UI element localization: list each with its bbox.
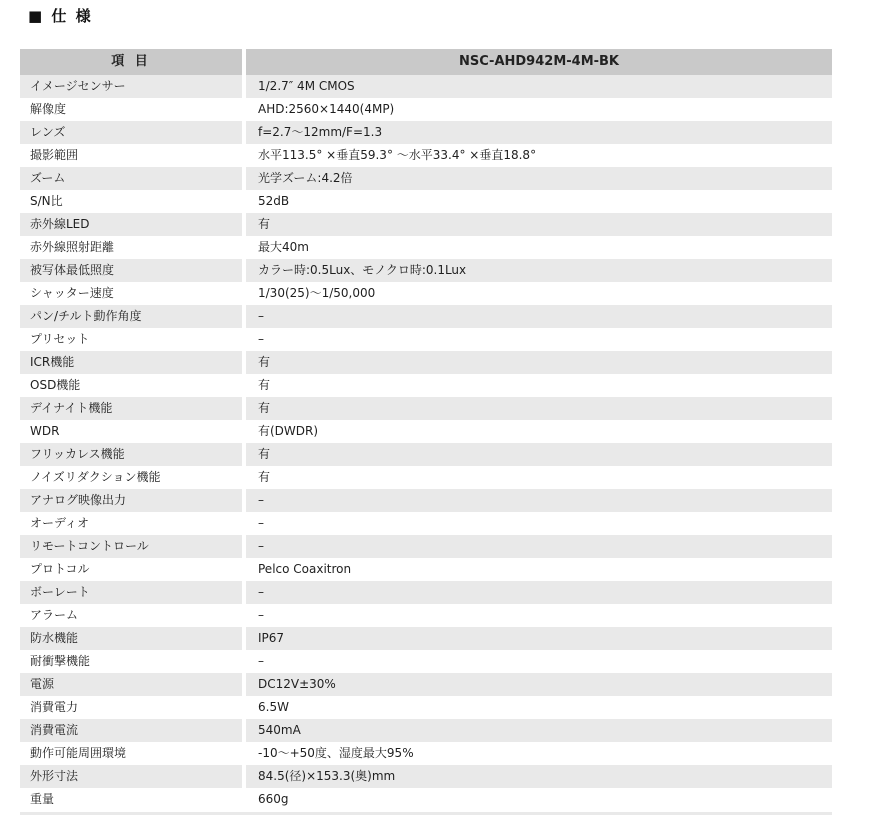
table-row: ズーム光学ズーム:4.2倍 [20, 167, 832, 190]
table-header-row: 項 目 NSC-AHD942M-4M-BK [20, 49, 832, 75]
table-body: イメージセンサー1/2.7″ 4M CMOS解像度AHD:2560×1440(4… [20, 75, 832, 811]
column-header-model: NSC-AHD942M-4M-BK [246, 49, 832, 75]
spec-item-value: 1/30(25)～1/50,000 [246, 282, 832, 305]
table-row: 外形寸法84.5(径)×153.3(奥)mm [20, 765, 832, 788]
spec-item-value: 660g [246, 788, 832, 811]
table-row: 重量660g [20, 788, 832, 811]
table-row: 解像度AHD:2560×1440(4MP) [20, 98, 832, 121]
spec-item-label: ICR機能 [20, 351, 246, 374]
table-row: アナログ映像出力– [20, 489, 832, 512]
spec-item-label: リモートコントロール [20, 535, 246, 558]
table-row: プロトコルPelco Coaxitron [20, 558, 832, 581]
spec-item-label: ノイズリダクション機能 [20, 466, 246, 489]
spec-item-label: 外形寸法 [20, 765, 246, 788]
spec-item-label: 動作可能周囲環境 [20, 742, 246, 765]
spec-item-value: – [246, 650, 832, 673]
spec-item-value: 光学ズーム:4.2倍 [246, 167, 832, 190]
spec-item-value: 有 [246, 443, 832, 466]
table-row: ノイズリダクション機能有 [20, 466, 832, 489]
table-row: 撮影範囲水平113.5° ×垂直59.3° ～水平33.4° ×垂直18.8° [20, 144, 832, 167]
table-row: フリッカレス機能有 [20, 443, 832, 466]
spec-item-value: – [246, 581, 832, 604]
spec-item-value: – [246, 489, 832, 512]
spec-item-value: 540mA [246, 719, 832, 742]
spec-item-value: – [246, 604, 832, 627]
table-row: OSD機能有 [20, 374, 832, 397]
table-row: リモートコントロール– [20, 535, 832, 558]
table-row: レンズf=2.7～12mm/F=1.3 [20, 121, 832, 144]
column-header-item: 項 目 [20, 49, 246, 75]
spec-item-value: – [246, 512, 832, 535]
spec-item-value: DC12V±30% [246, 673, 832, 696]
table-row: パン/チルト動作角度– [20, 305, 832, 328]
spec-item-label: 消費電力 [20, 696, 246, 719]
spec-item-label: パン/チルト動作角度 [20, 305, 246, 328]
spec-item-label: 被写体最低照度 [20, 259, 246, 282]
table-row: WDR有(DWDR) [20, 420, 832, 443]
spec-item-label: アラーム [20, 604, 246, 627]
table-row: 赤外線LED有 [20, 213, 832, 236]
spec-item-value: – [246, 328, 832, 351]
table-row: 被写体最低照度カラー時:0.5Lux、モノクロ時:0.1Lux [20, 259, 832, 282]
spec-item-label: フリッカレス機能 [20, 443, 246, 466]
spec-item-value: 1/2.7″ 4M CMOS [246, 75, 832, 98]
spec-item-value: f=2.7～12mm/F=1.3 [246, 121, 832, 144]
spec-item-value: 有 [246, 374, 832, 397]
table-row: 耐衝撃機能– [20, 650, 832, 673]
spec-item-value: 84.5(径)×153.3(奥)mm [246, 765, 832, 788]
spec-item-label: WDR [20, 420, 246, 443]
table-row: S/N比52dB [20, 190, 832, 213]
table-row: 動作可能周囲環境-10～+50度、湿度最大95% [20, 742, 832, 765]
spec-item-label: プリセット [20, 328, 246, 351]
table-row: オーディオ– [20, 512, 832, 535]
spec-item-label: アナログ映像出力 [20, 489, 246, 512]
spec-item-label: 赤外線LED [20, 213, 246, 236]
spec-item-value: IP67 [246, 627, 832, 650]
spec-item-value: カラー時:0.5Lux、モノクロ時:0.1Lux [246, 259, 832, 282]
spec-item-label: プロトコル [20, 558, 246, 581]
table-bottom-strip [20, 812, 832, 815]
spec-item-label: S/N比 [20, 190, 246, 213]
spec-item-value: 有 [246, 213, 832, 236]
spec-item-label: 撮影範囲 [20, 144, 246, 167]
spec-item-label: 消費電流 [20, 719, 246, 742]
spec-item-value: 最大40m [246, 236, 832, 259]
spec-item-label: OSD機能 [20, 374, 246, 397]
spec-item-label: 電源 [20, 673, 246, 696]
table-row: 消費電流540mA [20, 719, 832, 742]
spec-item-value: 6.5W [246, 696, 832, 719]
spec-item-value: 有 [246, 466, 832, 489]
spec-item-value: 有 [246, 351, 832, 374]
table-row: デイナイト機能有 [20, 397, 832, 420]
spec-item-value: 水平113.5° ×垂直59.3° ～水平33.4° ×垂直18.8° [246, 144, 832, 167]
spec-item-value: – [246, 535, 832, 558]
spec-table: 項 目 NSC-AHD942M-4M-BK イメージセンサー1/2.7″ 4M … [20, 49, 832, 815]
table-row: シャッター速度1/30(25)～1/50,000 [20, 282, 832, 305]
spec-item-label: 赤外線照射距離 [20, 236, 246, 259]
spec-item-value: -10～+50度、湿度最大95% [246, 742, 832, 765]
spec-item-label: 防水機能 [20, 627, 246, 650]
spec-item-label: イメージセンサー [20, 75, 246, 98]
table-row: 電源DC12V±30% [20, 673, 832, 696]
spec-item-label: 重量 [20, 788, 246, 811]
spec-item-value: AHD:2560×1440(4MP) [246, 98, 832, 121]
spec-item-label: レンズ [20, 121, 246, 144]
table-row: 消費電力6.5W [20, 696, 832, 719]
spec-item-label: ボーレート [20, 581, 246, 604]
table-row: ボーレート– [20, 581, 832, 604]
table-row: プリセット– [20, 328, 832, 351]
spec-page: ■ 仕 様 項 目 NSC-AHD942M-4M-BK イメージセンサー1/2.… [0, 0, 891, 816]
table-row: イメージセンサー1/2.7″ 4M CMOS [20, 75, 832, 98]
table-row: ICR機能有 [20, 351, 832, 374]
spec-item-value: 有(DWDR) [246, 420, 832, 443]
spec-item-label: 解像度 [20, 98, 246, 121]
table-row: 防水機能IP67 [20, 627, 832, 650]
spec-item-value: – [246, 305, 832, 328]
spec-item-value: 有 [246, 397, 832, 420]
spec-item-label: 耐衝撃機能 [20, 650, 246, 673]
table-row: アラーム– [20, 604, 832, 627]
spec-item-label: シャッター速度 [20, 282, 246, 305]
spec-item-label: オーディオ [20, 512, 246, 535]
spec-item-label: ズーム [20, 167, 246, 190]
table-row: 赤外線照射距離最大40m [20, 236, 832, 259]
spec-item-value: Pelco Coaxitron [246, 558, 832, 581]
spec-item-label: デイナイト機能 [20, 397, 246, 420]
spec-item-value: 52dB [246, 190, 832, 213]
page-title: ■ 仕 様 [28, 5, 93, 26]
